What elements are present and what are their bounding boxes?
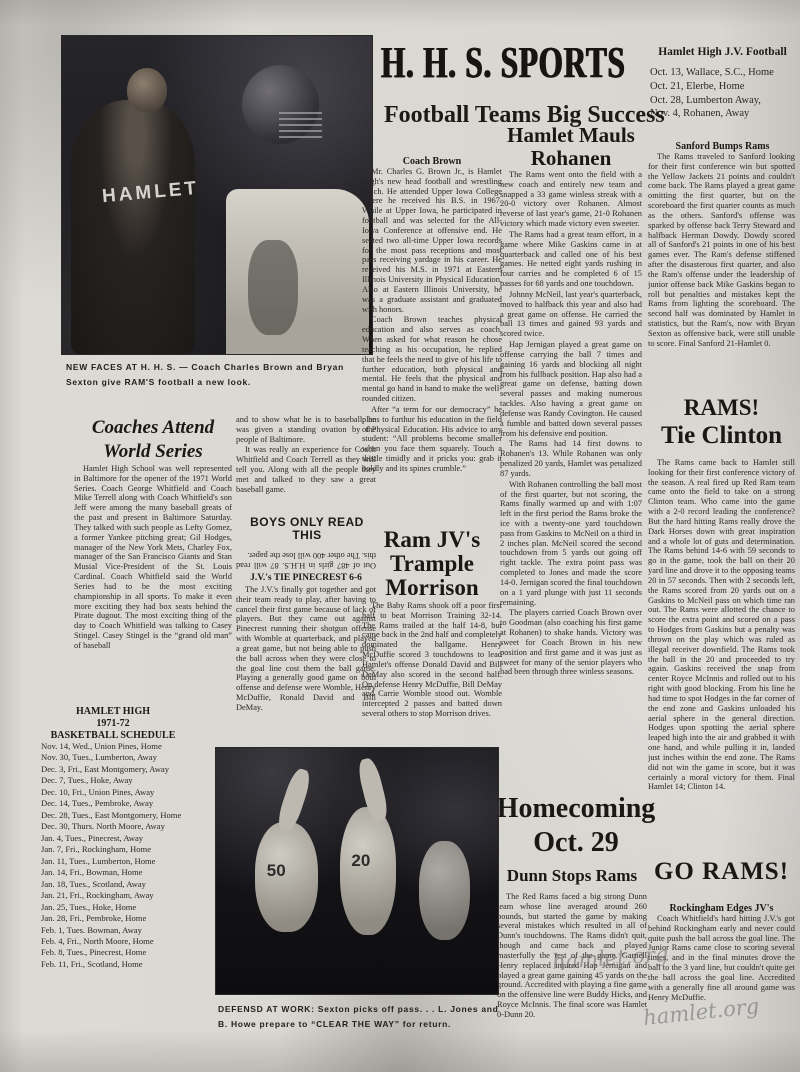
schedule-entry: Nov. 14, Wed., Union Pines, Home [34, 742, 192, 752]
schedule-entry: Dec. 10, Fri., Union Pines, Away [34, 788, 192, 798]
article-paragraph: With Rohanen controlling the ball most o… [500, 480, 642, 608]
article-paragraph: Hamlet High School was well represented … [74, 464, 232, 651]
headline-line: Oct. 29 [492, 826, 660, 860]
player-figure [255, 822, 317, 933]
masthead-title: H. H. S. SPORTS [381, 40, 626, 85]
newspaper-page: HAMLET NEW FACES AT H. H. S. — Coach Cha… [0, 0, 800, 1072]
article-paragraph: The Rams traveled to Sanford looking for… [648, 152, 795, 349]
basketball-schedule-heading: HAMLET HIGH 1971-72 BASKETBALL SCHEDULE [34, 706, 192, 742]
coaches-attend-article-col2: and to show what he is to baseball, he w… [236, 415, 376, 513]
schedule-entry: Jan. 14, Fri., Bowman, Home [34, 868, 192, 878]
heading-line: HAMLET HIGH [34, 706, 192, 718]
headline-line: Morrison [362, 576, 502, 600]
headline-line: Hamlet Mauls [500, 124, 642, 147]
jv-schedule-title: Hamlet High J.V. Football [650, 46, 795, 60]
rockingham-article: Coach Whitfield's hard hitting J.V.'s go… [648, 914, 795, 1049]
photo-new-faces: HAMLET [62, 36, 372, 354]
jv-schedule-entry: Nov. 4, Rohanen, Away [650, 107, 795, 121]
schedule-entry: Jan. 4, Tues., Pinecrest, Away [34, 834, 192, 844]
raised-arm [274, 766, 313, 833]
article-paragraph: Johnny McNeil, last year's quarterback, … [500, 290, 642, 339]
schedule-entry: Dec. 7, Tues., Hoke, Away [34, 776, 192, 786]
sanford-article: The Rams traveled to Sanford looking for… [648, 152, 795, 394]
article-paragraph: Hap Jernigan played a great game on offe… [500, 340, 642, 438]
schedule-entry: Dec. 3, Fri., East Montgomery, Away [34, 765, 192, 775]
trample-morrison-headline: Ram JV'sTrampleMorrison [362, 528, 502, 600]
article-paragraph: The Red Rams faced a big strong Dunn tea… [497, 892, 647, 1020]
schedule-entry: Nov. 30, Tues., Lumberton, Away [34, 753, 192, 763]
upside-down-joke-text: Out of 487 girls in H.H.S. 87 will read … [236, 534, 376, 570]
schedule-entry: Dec. 30, Thurs. North Moore, Away [34, 822, 192, 832]
article-paragraph: The Rams came back to Hamlet still looki… [648, 458, 795, 792]
schedule-entry: Jan. 25, Tues., Hoke, Home [34, 903, 192, 913]
jv-football-schedule-box: Hamlet High J.V. Football Oct. 13, Walla… [650, 46, 795, 121]
homecoming-headline: Homecoming Oct. 29 [492, 792, 660, 859]
article-paragraph: and to show what he is to baseball, he w… [236, 415, 376, 444]
article-paragraph: The Rams had 14 first downs to Rohanen's… [500, 439, 642, 478]
rohanen-article: The Rams went onto the field with a new … [500, 170, 642, 788]
pinecrest-article: The J.V.'s finally got together and got … [236, 585, 376, 740]
headline-line: Coaches Attend [70, 416, 236, 440]
jersey-shadow [248, 240, 298, 335]
pinecrest-heading: J.V.'s TIE PINECREST 6-6 [236, 573, 376, 584]
headline-line: World Series [70, 440, 236, 464]
headline-line: RAMS! [648, 396, 795, 420]
article-paragraph: After “a term for our democracy” he plan… [362, 405, 502, 474]
schedule-entry: Jan. 18, Tues., Scotland, Away [34, 880, 192, 890]
coaches-attend-headline: Coaches Attend World Series [70, 416, 236, 464]
article-paragraph: The J.V.'s finally got together and got … [236, 585, 376, 713]
schedule-entry: Feb. 4, Fri., North Moore, Home [34, 937, 192, 947]
trample-morrison-article: The Baby Rams shook off a poor first hal… [362, 601, 502, 746]
headline-line: Rohanen [500, 147, 642, 170]
coach-head [127, 68, 167, 113]
go-rams-headline: GO RAMS! [648, 858, 795, 886]
article-paragraph: The Baby Rams shook off a poor first hal… [362, 601, 502, 719]
jersey-number: 50 [267, 861, 286, 881]
article-paragraph: Coach Brown teaches physical education a… [362, 315, 502, 403]
tie-clinton-article: The Rams came back to Hamlet still looki… [648, 458, 795, 850]
article-paragraph: The Rams had a great team effort, in a g… [500, 230, 642, 289]
headline-line: Homecoming [492, 792, 660, 826]
jv-schedule-entry: Oct. 21, Elerbe, Home [650, 80, 795, 94]
jersey-number: 20 [351, 851, 370, 871]
headline-line: Ram JV's [362, 528, 502, 552]
player-figure [419, 841, 470, 939]
dunn-article: The Red Rams faced a big strong Dunn tea… [497, 892, 647, 1067]
jv-schedule-entry: Oct. 13, Wallace, S.C., Home [650, 66, 795, 80]
article-paragraph: The Rams went onto the field with a new … [500, 170, 642, 229]
schedule-entry: Jan. 28, Fri., Pembroke, Home [34, 914, 192, 924]
schedule-entry: Feb. 1, Tues. Bowman, Away [34, 926, 192, 936]
article-paragraph: Coach Whitfield's hard hitting J.V.'s go… [648, 914, 795, 1002]
heading-line: BASKETBALL SCHEDULE [34, 730, 192, 742]
heading-line: 1971-72 [34, 718, 192, 730]
tie-clinton-headline: RAMS! Tie Clinton [648, 396, 795, 449]
rohanen-headline: Hamlet MaulsRohanen [500, 124, 642, 170]
schedule-entry: Jan. 21, Fri., Rockingham, Away [34, 891, 192, 901]
basketball-schedule-list: Nov. 14, Wed., Union Pines, HomeNov. 30,… [34, 742, 192, 1042]
photo-caption-new-faces: NEW FACES AT H. H. S. — Coach Charles Br… [66, 360, 368, 390]
article-paragraph: It was really an experience for Coach Wh… [236, 445, 376, 494]
headline-line: Tie Clinton [648, 423, 795, 449]
article-paragraph: Mr. Charles G. Brown Jr., is Hamlet High… [362, 167, 502, 314]
jv-schedule-list: Oct. 13, Wallace, S.C., HomeOct. 21, Ele… [650, 66, 795, 121]
schedule-entry: Jan. 7, Fri., Rockingham, Home [34, 845, 192, 855]
schedule-entry: Dec. 14, Tues., Pembroke, Away [34, 799, 192, 809]
schedule-entry: Feb. 11, Fri., Scotland, Home [34, 960, 192, 970]
dunn-stops-rams-heading: Dunn Stops Rams [497, 866, 647, 886]
coach-silhouette [71, 100, 195, 354]
coach-brown-article: Mr. Charles G. Brown Jr., is Hamlet High… [362, 167, 502, 525]
article-paragraph: The players carried Coach Brown over to … [500, 608, 642, 677]
photo-caption-defense: DEFENSD AT WORK: Sexton picks off pass. … [218, 1002, 500, 1032]
jv-schedule-entry: Oct. 28, Lumberton Away, [650, 94, 795, 108]
coaches-attend-article-col1: Hamlet High School was well represented … [74, 464, 232, 708]
headline-line: Trample [362, 552, 502, 576]
schedule-entry: Jan. 11, Tues., Lumberton, Home [34, 857, 192, 867]
photo-defense-at-work: 50 20 [216, 748, 498, 994]
player-facemask [279, 112, 322, 141]
schedule-entry: Feb. 8, Tues., Pinecrest, Home [34, 948, 192, 958]
schedule-entry: Dec. 28, Tues., East Montgomery, Home [34, 811, 192, 821]
